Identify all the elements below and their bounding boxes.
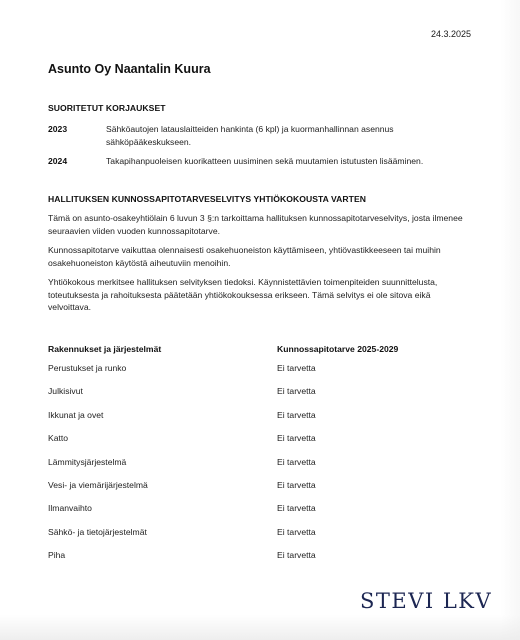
- repair-description: Takapihanpuoleisen kuorikatteen uusimine…: [106, 155, 468, 168]
- table-row: PihaEi tarvetta: [48, 550, 468, 573]
- table-row: JulkisivutEi tarvetta: [48, 386, 468, 409]
- system-name: Sähkö- ja tietojärjestelmät: [48, 527, 147, 537]
- system-name: Ilmanvaihto: [48, 503, 92, 513]
- maintenance-table: Rakennukset ja järjestelmät Kunnossapito…: [48, 344, 468, 574]
- table-row: Vesi- ja viemärijärjestelmäEi tarvetta: [48, 480, 468, 503]
- system-name: Lämmitysjärjestelmä: [48, 457, 126, 467]
- table-row: KattoEi tarvetta: [48, 433, 468, 456]
- column-header-maintenance: Kunnossapitotarve 2025-2029: [277, 344, 398, 354]
- maintenance-need: Ei tarvetta: [277, 527, 316, 537]
- table-row: Sähkö- ja tietojärjestelmätEi tarvetta: [48, 527, 468, 550]
- maintenance-need: Ei tarvetta: [277, 410, 316, 420]
- system-name: Perustukset ja runko: [48, 363, 126, 373]
- system-name: Piha: [48, 550, 65, 560]
- table-row: IlmanvaihtoEi tarvetta: [48, 503, 468, 526]
- maintenance-need: Ei tarvetta: [277, 386, 316, 396]
- table-body: Perustukset ja runkoEi tarvettaJulkisivu…: [48, 363, 468, 574]
- maintenance-need: Ei tarvetta: [277, 480, 316, 490]
- maintenance-need: Ei tarvetta: [277, 363, 316, 373]
- column-header-systems: Rakennukset ja järjestelmät: [48, 344, 161, 354]
- repairs-heading: SUORITETUT KORJAUKSET: [48, 103, 166, 113]
- maintenance-need: Ei tarvetta: [277, 457, 316, 467]
- table-row: Ikkunat ja ovetEi tarvetta: [48, 410, 468, 433]
- table-row: Perustukset ja runkoEi tarvetta: [48, 363, 468, 386]
- system-name: Ikkunat ja ovet: [48, 410, 103, 420]
- repair-item: 2024 Takapihanpuoleisen kuorikatteen uus…: [48, 155, 468, 168]
- maintenance-need: Ei tarvetta: [277, 433, 316, 443]
- system-name: Katto: [48, 433, 68, 443]
- document-date: 24.3.2025: [431, 29, 471, 39]
- survey-paragraph: Tämä on asunto-osakeyhtiölain 6 luvun 3 …: [48, 212, 468, 237]
- document-title: Asunto Oy Naantalin Kuura: [48, 62, 211, 76]
- system-name: Julkisivut: [48, 386, 83, 396]
- system-name: Vesi- ja viemärijärjestelmä: [48, 480, 148, 490]
- table-header: Rakennukset ja järjestelmät Kunnossapito…: [48, 344, 468, 363]
- repair-item: 2023 Sähköautojen latauslaitteiden hanki…: [48, 123, 468, 148]
- survey-heading: HALLITUKSEN KUNNOSSAPITOTARVESELVITYS YH…: [48, 194, 366, 204]
- repair-year: 2024: [48, 155, 67, 168]
- table-row: LämmitysjärjestelmäEi tarvetta: [48, 457, 468, 480]
- document-page: 24.3.2025 Asunto Oy Naantalin Kuura SUOR…: [0, 0, 520, 640]
- survey-paragraph: Kunnossapitotarve vaikuttaa olennaisesti…: [48, 244, 468, 269]
- survey-paragraph: Yhtiökokous merkitsee hallituksen selvit…: [48, 276, 468, 314]
- repair-year: 2023: [48, 123, 67, 136]
- repair-description: Sähköautojen latauslaitteiden hankinta (…: [106, 123, 468, 148]
- maintenance-need: Ei tarvetta: [277, 503, 316, 513]
- stevi-lkv-logo: STEVI LKV: [360, 589, 492, 613]
- maintenance-need: Ei tarvetta: [277, 550, 316, 560]
